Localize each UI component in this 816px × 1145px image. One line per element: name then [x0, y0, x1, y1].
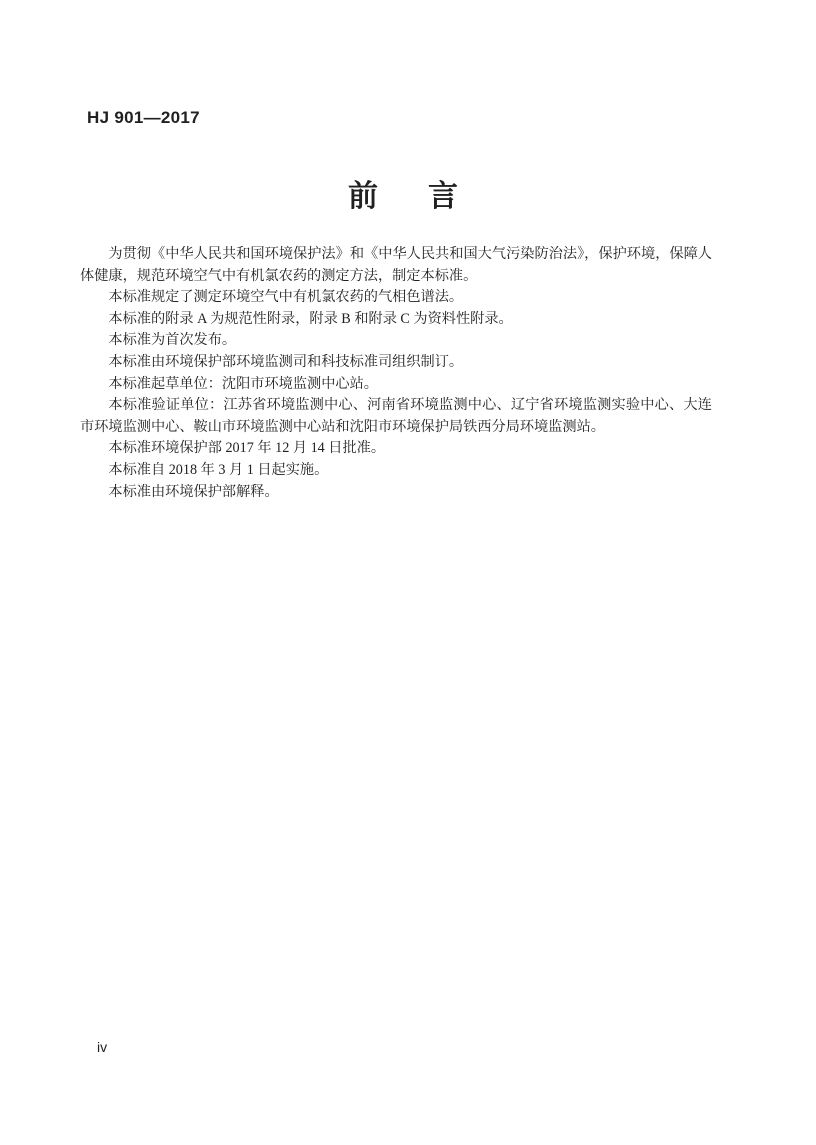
paragraph-verifiers: 本标准验证单位：江苏省环境监测中心、河南省环境监测中心、辽宁省环境监测实验中心、… — [80, 395, 712, 438]
paragraph-appendices: 本标准的附录 A 为规范性附录，附录 B 和附录 C 为资料性附录。 — [80, 309, 712, 331]
paragraph-organizers: 本标准由环境保护部环境监测司和科技标准司组织制订。 — [80, 352, 712, 374]
page-title: 前 言 — [0, 180, 816, 214]
foreword-body: 为贯彻《中华人民共和国环境保护法》和《中华人民共和国大气污染防治法》，保护环境，… — [80, 244, 712, 503]
paragraph-scope: 本标准规定了测定环境空气中有机氯农药的气相色谱法。 — [80, 287, 712, 309]
paragraph-purpose: 为贯彻《中华人民共和国环境保护法》和《中华人民共和国大气污染防治法》，保护环境，… — [80, 244, 712, 287]
paragraph-effective: 本标准自 2018 年 3 月 1 日起实施。 — [80, 460, 712, 482]
paragraph-drafters: 本标准起草单位：沈阳市环境监测中心站。 — [80, 374, 712, 396]
page-number: iv — [97, 1038, 107, 1056]
paragraph-interpreter: 本标准由环境保护部解释。 — [80, 482, 712, 504]
paragraph-first-issue: 本标准为首次发布。 — [80, 330, 712, 352]
document-page: HJ 901—2017 前 言 为贯彻《中华人民共和国环境保护法》和《中华人民共… — [0, 0, 816, 1145]
standard-code: HJ 901—2017 — [87, 108, 200, 128]
paragraph-approval: 本标准环境保护部 2017 年 12 月 14 日批准。 — [80, 438, 712, 460]
